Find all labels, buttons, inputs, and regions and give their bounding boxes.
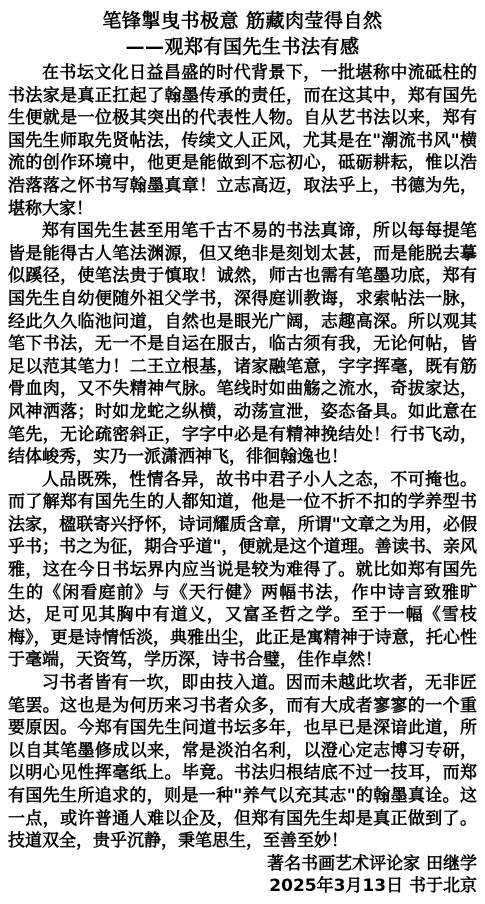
essay-paragraph-2: 郑有国先生甚至用笔千古不易的书法真谛，所以每每提笔皆是能得古人笔法渊源，但又绝非… xyxy=(8,220,477,469)
essay-paragraph-4: 习书者皆有一坎，即由技入道。因而未越此坎者，无非匠笔罢。这也是为何历来习书者众多… xyxy=(8,672,477,853)
signature-block: 著名书画艺术评论家 田继学 2025年3月13日 书于北京 xyxy=(8,853,477,898)
essay-paragraph-1: 在书坛文化日益昌盛的时代背景下，一批堪称中流砥柱的书法家是真正扛起了翰墨传承的责… xyxy=(8,62,477,220)
date-location-line: 2025年3月13日 书于北京 xyxy=(8,875,477,898)
author-signature: 著名书画艺术评论家 田继学 xyxy=(8,853,477,876)
essay-title: 笔锋掣曳书极意 筋藏肉莹得自然 xyxy=(8,8,477,34)
essay-page: 笔锋掣曳书极意 筋藏肉莹得自然 ——观郑有国先生书法有感 在书坛文化日益昌盛的时… xyxy=(0,0,485,904)
essay-subtitle: ——观郑有国先生书法有感 xyxy=(8,34,477,60)
essay-paragraph-3: 人品既殊，性情各异，故书中君子小人之态，不可掩也。而了解郑有国先生的人都知道，他… xyxy=(8,469,477,672)
essay-body: 在书坛文化日益昌盛的时代背景下，一批堪称中流砥柱的书法家是真正扛起了翰墨传承的责… xyxy=(8,62,477,853)
